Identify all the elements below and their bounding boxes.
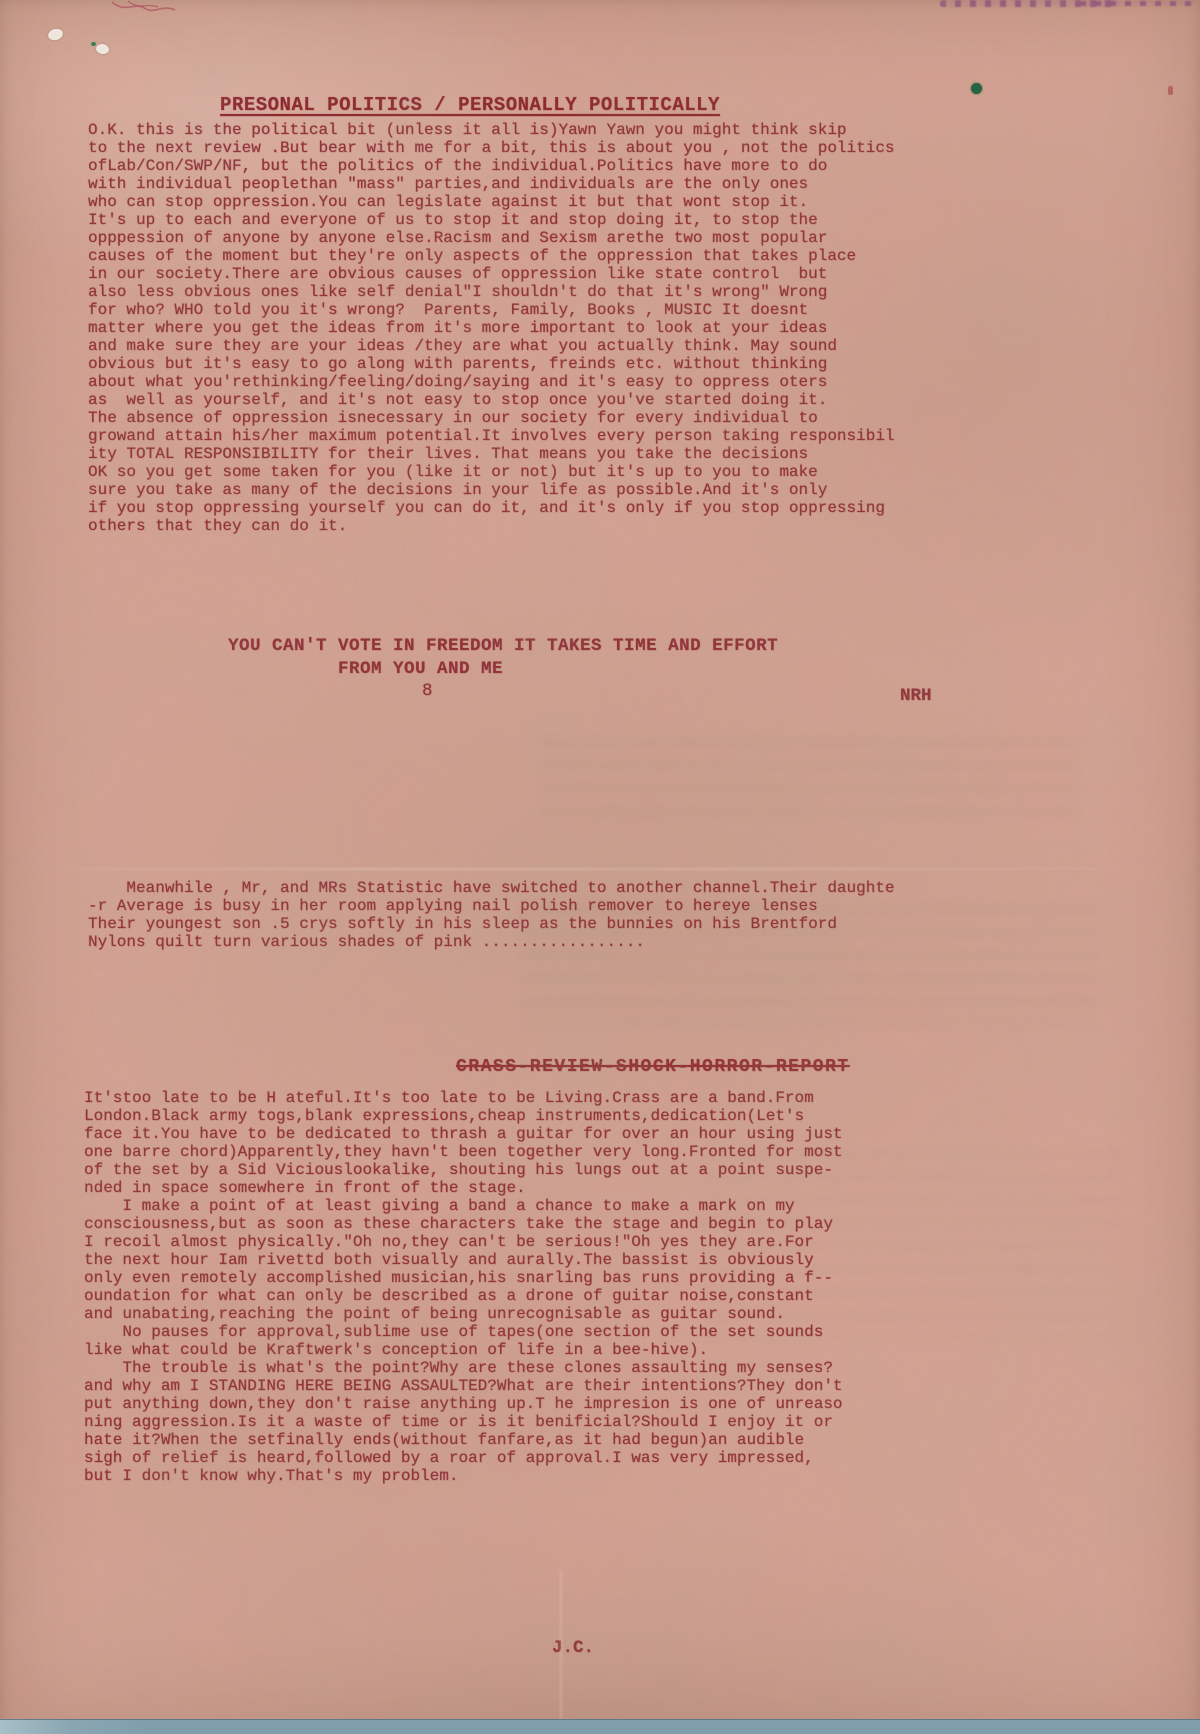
author-initials-nrh: NRH — [900, 686, 932, 706]
crass-review-paragraph: It'stoo late to be H ateful.It's too lat… — [84, 1089, 843, 1485]
crass-review-heading: CRASS-REVIEW-SHOCK-HORROR-REPORT — [456, 1057, 850, 1077]
red-ink-speck — [1168, 86, 1173, 95]
page-title: PRESONAL POLITICS / PERSONALLY POLITICAL… — [90, 94, 850, 116]
staple-hole — [95, 43, 110, 55]
reviewer-initials-jc: J.C. — [552, 1638, 594, 1658]
purple-ink-smear — [1080, 1, 1195, 6]
intro-paragraph: O.K. this is the political bit (unless i… — [88, 121, 895, 535]
slogan-line-2: FROM YOU AND ME — [338, 659, 503, 679]
page-number: 8 — [422, 681, 433, 701]
red-pen-scribble — [108, 0, 178, 18]
interlude-paragraph: Meanwhile , Mr, and MRs Statistic have s… — [88, 879, 895, 951]
vertical-fold-crease — [560, 1570, 562, 1720]
green-ink-dot — [971, 83, 982, 94]
horizontal-fold-crease — [0, 868, 1200, 870]
scan-bottom-edge — [0, 1719, 1200, 1734]
zine-page-scan: PRESONAL POLITICS / PERSONALLY POLITICAL… — [0, 0, 1200, 1734]
slogan-line-1: YOU CAN'T VOTE IN FREEDOM IT TAKES TIME … — [228, 636, 778, 656]
green-ink-fleck — [91, 42, 96, 46]
reverse-side-showthrough — [540, 738, 1080, 818]
staple-hole — [47, 27, 64, 42]
